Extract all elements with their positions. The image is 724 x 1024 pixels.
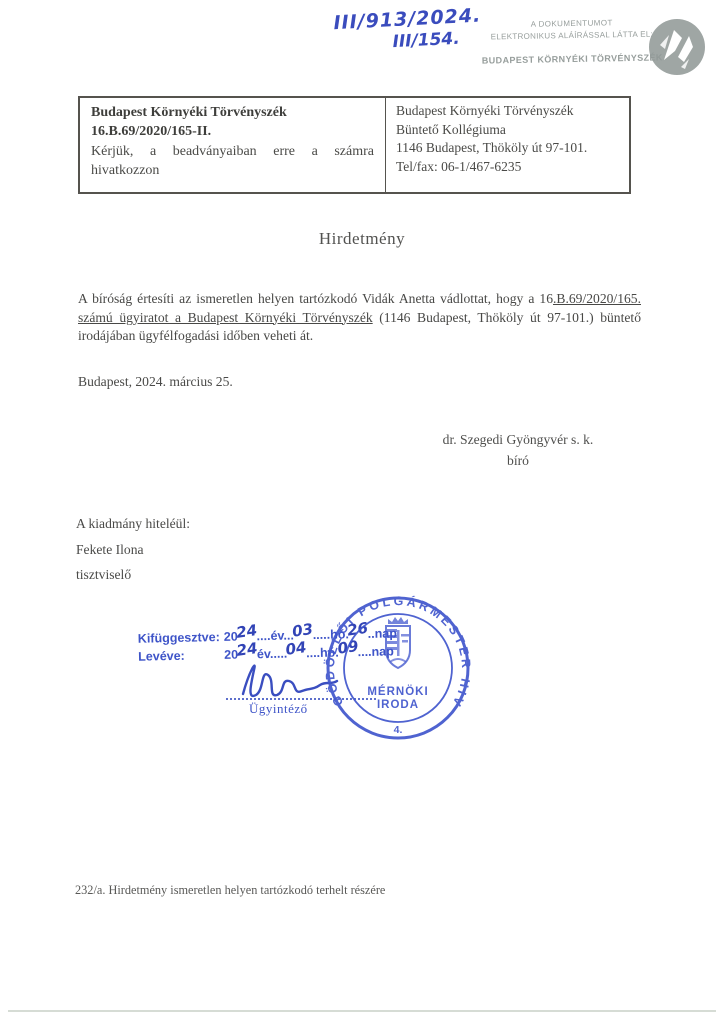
judge-signature-block: dr. Szegedi Gyöngyvér s. k. bíró — [413, 429, 623, 471]
header-table-right-cell: Budapest Környéki Törvényszék Büntető Ko… — [386, 98, 629, 192]
court-logo-icon — [645, 15, 709, 79]
header-table-left-cell: Budapest Környéki Törvényszék 16.B.69/20… — [80, 98, 386, 192]
round-stamp-number: 4. — [394, 724, 403, 736]
court-name: Budapest Környéki Törvényszék — [91, 103, 374, 122]
round-stamp-office-line1: MÉRNÖKI — [367, 685, 428, 698]
judge-name: dr. Szegedi Gyöngyvér s. k. — [413, 429, 623, 450]
court-name-right: Budapest Környéki Törvényszék — [396, 102, 619, 121]
scan-artifact-line — [8, 1010, 716, 1012]
electronic-signature-stamp: A DOKUMENTUMOT ELEKTRONIKUS ALÁÍRÁSSAL L… — [482, 17, 663, 65]
page-title: Hirdetmény — [0, 229, 724, 249]
notice-body-paragraph: A bíróság értesíti az ismeretlen helyen … — [78, 290, 641, 346]
form-reference-footer: 232/a. Hirdetmény ismeretlen helyen tart… — [75, 883, 385, 898]
attestation-label: A kiadmány hiteléül: — [76, 516, 190, 532]
case-number: 16.B.69/2020/165-II. — [91, 122, 374, 141]
header-table: Budapest Környéki Törvényszék 16.B.69/20… — [78, 96, 631, 194]
body-text-before: A bíróság értesíti az ismeretlen helyen … — [78, 291, 553, 306]
round-stamp-office-line2: IRODA — [377, 699, 419, 711]
court-department: Büntető Kollégiuma — [396, 121, 619, 140]
esign-stamp-line2: ELEKTRONIKUS ALÁÍRÁSSAL LÁTTA EL: — [482, 29, 662, 41]
clerk-label: Ügyintéző — [249, 701, 308, 717]
coat-of-arms-icon — [386, 617, 410, 668]
esign-stamp-line1: A DOKUMENTUMOT — [482, 17, 662, 29]
removed-label: Levéve: — [138, 647, 224, 666]
attestation-block: A kiadmány hiteléül: Fekete Ilona tisztv… — [76, 516, 190, 593]
dateline: Budapest, 2024. március 25. — [78, 374, 233, 390]
posted-label: Kifüggesztve: — [138, 629, 224, 648]
court-address: 1146 Budapest, Thököly út 97-101. — [396, 139, 619, 158]
case-reference-note: Kérjük, a beadványaiban erre a számra hi… — [91, 142, 374, 180]
municipal-round-stamp: GÖDÖLLŐI POLGÁRMESTER HIVATAL MÉRNÖKI IR… — [322, 592, 474, 744]
handwritten-registry-note: III/913/2024. III/154. — [333, 4, 495, 55]
scanned-court-document: III/913/2024. III/154. A DOKUMENTUMOT EL… — [0, 0, 724, 1024]
esign-stamp-court-name: BUDAPEST KÖRNYÉKI TÖRVÉNYSZÉK — [479, 52, 665, 65]
attestation-name: Fekete Ilona — [76, 542, 190, 558]
judge-role: bíró — [413, 450, 623, 471]
attestation-role: tisztviselő — [76, 567, 190, 583]
court-telfax: Tel/fax: 06-1/467-6235 — [396, 158, 619, 177]
